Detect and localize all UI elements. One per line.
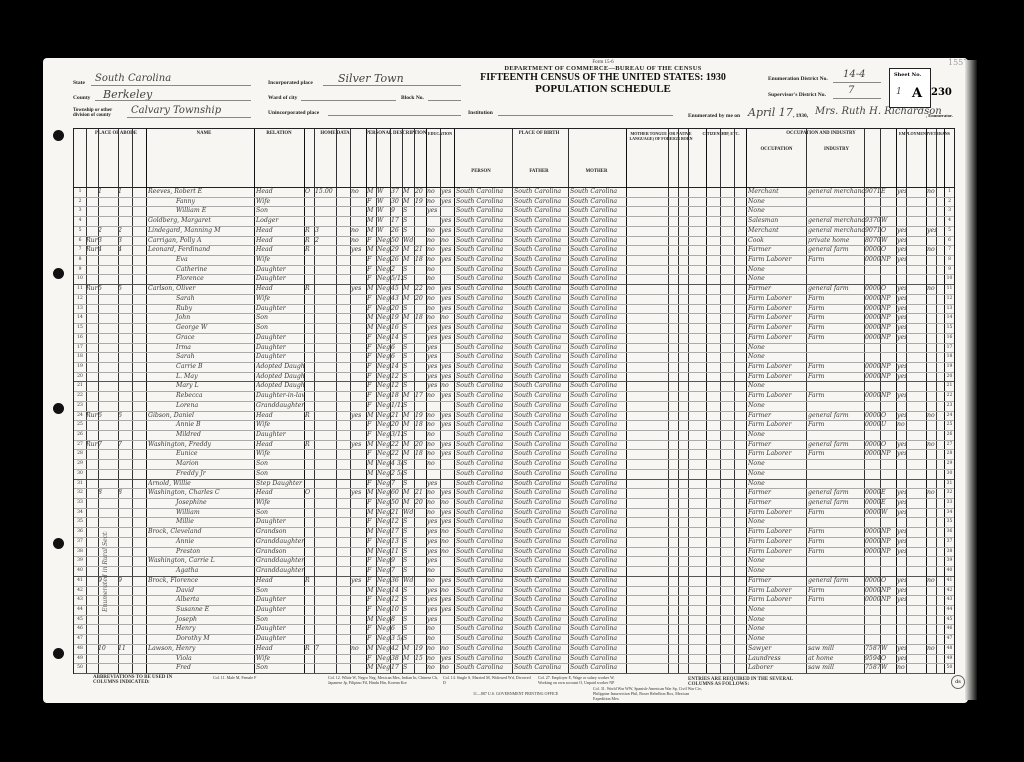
age-cell: 7 (391, 566, 402, 576)
abode-street-cell (86, 586, 98, 596)
sex-cell: F (367, 479, 376, 489)
age-at-marriage-cell: 18 (415, 420, 426, 430)
township-underline (127, 117, 251, 118)
home-value-cell (315, 449, 336, 459)
line-number-right-cell: 37 (945, 537, 954, 547)
birthplace-father-cell: South Carolina (514, 226, 568, 236)
age-cell: 2 (391, 265, 402, 275)
occupation-cell: Laborer (748, 663, 806, 673)
marital-status-cell: S (403, 595, 414, 605)
read-write-cell: yes (441, 595, 454, 605)
birthplace-father-cell: South Carolina (514, 362, 568, 372)
industry-code-cell: 0000 (865, 586, 880, 596)
at-work-cell: yes (897, 411, 906, 421)
state-value: South Carolina (95, 73, 171, 84)
sex-cell: F (367, 343, 376, 353)
home-value-cell (315, 206, 336, 216)
radio-set-cell (351, 654, 366, 664)
industry-cell: Farm (808, 391, 864, 401)
line-number-right-cell: 5 (945, 226, 954, 236)
line-number-right-cell: 49 (945, 654, 954, 664)
abode-street-cell (86, 576, 98, 586)
line-number-cell: 38 (74, 547, 86, 557)
family-number-cell (118, 197, 132, 207)
sex-cell: F (367, 595, 376, 605)
radio-set-cell (351, 216, 366, 226)
home-owned-cell (305, 624, 314, 634)
veteran-cell (927, 362, 936, 372)
home-owned-cell: R (305, 226, 314, 236)
industry-cell: Farm (808, 420, 864, 430)
age-cell: 26 (391, 255, 402, 265)
dwelling-number-cell: 6 (98, 411, 118, 421)
race-cell: Neg (377, 391, 390, 401)
family-number-cell (118, 459, 132, 469)
line-number-right-cell: 16 (945, 333, 954, 343)
school-cell: no (427, 566, 440, 576)
relation-cell: Wife (256, 449, 304, 459)
race-cell: Neg (377, 430, 390, 440)
sex-cell: F (367, 556, 376, 566)
line-number-cell: 10 (74, 274, 86, 284)
read-write-cell: yes (441, 362, 454, 372)
line-number-right-cell: 35 (945, 517, 954, 527)
race-cell: Neg (377, 547, 390, 557)
race-cell: Neg (377, 352, 390, 362)
veteran-cell (927, 206, 936, 216)
age-at-marriage-cell: 19 (415, 411, 426, 421)
line-number-right-cell: 32 (945, 488, 954, 498)
industry-code-cell (865, 479, 880, 489)
industry-code-cell (865, 274, 880, 284)
occupation-subhead: OCCUPATION (749, 147, 804, 152)
birthplace-mother-cell: South Carolina (570, 255, 626, 265)
line-number-cell: 50 (74, 663, 86, 673)
radio-set-cell (351, 294, 366, 304)
dwelling-number-cell (98, 313, 118, 323)
marital-status-cell: M (403, 411, 414, 421)
dwelling-number-cell (98, 663, 118, 673)
industry-cell (808, 430, 864, 440)
birthplace-father-cell: South Carolina (514, 187, 568, 197)
family-number-cell (118, 449, 132, 459)
birthplace-father-cell: South Carolina (514, 216, 568, 226)
school-cell: no (427, 304, 440, 314)
line-number-cell: 40 (74, 566, 86, 576)
home-value-cell (315, 498, 336, 508)
ward-underline (301, 100, 396, 101)
class-of-worker-cell: O (881, 226, 896, 236)
radio-set-cell (351, 401, 366, 411)
abode-street-cell (86, 352, 98, 362)
age-cell: 12 (391, 517, 402, 527)
occupation-cell: None (748, 401, 806, 411)
sex-cell: M (367, 615, 376, 625)
home-value-cell (315, 381, 336, 391)
sex-cell: F (367, 372, 376, 382)
birthplace-mother-cell: South Carolina (570, 537, 626, 547)
industry-code-cell: 0000 (865, 323, 880, 333)
home-owned-cell (305, 634, 314, 644)
school-cell: no (427, 576, 440, 586)
birthplace-person-cell: South Carolina (456, 586, 512, 596)
birthplace-father-cell: South Carolina (514, 595, 568, 605)
race-cell: Neg (377, 527, 390, 537)
age-at-marriage-cell: 21 (415, 245, 426, 255)
abode-street-cell (86, 595, 98, 605)
line-number-right-cell: 2 (945, 197, 954, 207)
person-name-cell: Brock, Florence (148, 576, 254, 586)
age-at-marriage-cell (415, 274, 426, 284)
home-owned-cell (305, 595, 314, 605)
home-owned-cell (305, 566, 314, 576)
sex-cell: M (367, 216, 376, 226)
sex-cell: M (367, 508, 376, 518)
marital-status-cell: S (403, 362, 414, 372)
at-work-cell: yes (897, 547, 906, 557)
relation-cell: Son (256, 313, 304, 323)
line-number-right-cell: 28 (945, 449, 954, 459)
sex-cell: F (367, 236, 376, 246)
home-value-cell (315, 352, 336, 362)
occupation-cell: Merchant (748, 226, 806, 236)
relation-cell: Head (256, 284, 304, 294)
sex-cell: F (367, 274, 376, 284)
home-owned-cell (305, 449, 314, 459)
dwelling-number-cell (98, 634, 118, 644)
home-value-cell (315, 372, 336, 382)
home-owned-cell (305, 197, 314, 207)
read-write-cell: no (441, 313, 454, 323)
line-number-cell: 48 (74, 644, 86, 654)
school-cell: yes (427, 517, 440, 527)
birthplace-father-cell: South Carolina (514, 352, 568, 362)
line-number-cell: 20 (74, 372, 86, 382)
abode-street-cell (86, 304, 98, 314)
person-name-cell: Arnold, Willie (148, 479, 254, 489)
industry-code-cell: 0000 (865, 440, 880, 450)
abode-street-cell (86, 488, 98, 498)
line-number-cell: 28 (74, 449, 86, 459)
dwelling-number-cell (98, 654, 118, 664)
at-work-cell (897, 274, 906, 284)
home-owned-cell (305, 313, 314, 323)
read-write-cell: yes (441, 284, 454, 294)
radio-set-cell (351, 333, 366, 343)
school-cell: no (427, 624, 440, 634)
at-work-cell (897, 197, 906, 207)
class-of-worker-cell: NP (881, 527, 896, 537)
birthplace-father-cell: South Carolina (514, 654, 568, 664)
birthplace-mother-cell: South Carolina (570, 284, 626, 294)
home-value-cell (315, 313, 336, 323)
abode-street-cell (86, 226, 98, 236)
radio-set-cell: yes (351, 411, 366, 421)
sheet-number: 1 (896, 87, 902, 97)
marital-status-cell: S (403, 401, 414, 411)
home-owned-cell (305, 615, 314, 625)
birth-father-head: FATHER (514, 169, 564, 174)
family-number-cell (118, 391, 132, 401)
at-work-cell (897, 430, 906, 440)
at-work-cell (897, 479, 906, 489)
read-write-cell (441, 401, 454, 411)
read-write-cell: yes (441, 197, 454, 207)
sex-cell: F (367, 197, 376, 207)
birthplace-person-cell: South Carolina (456, 576, 512, 586)
race-cell: Neg (377, 615, 390, 625)
class-of-worker-cell: W (881, 644, 896, 654)
veteran-cell (927, 381, 936, 391)
home-owned-cell (305, 469, 314, 479)
birthplace-mother-cell: South Carolina (570, 556, 626, 566)
age-at-marriage-cell: 20 (415, 440, 426, 450)
home-owned-cell (305, 265, 314, 275)
incorporated-label: Incorporated place (268, 80, 313, 86)
family-number-cell (118, 663, 132, 673)
birthplace-father-cell: South Carolina (514, 517, 568, 527)
enum-district-underline (833, 82, 881, 83)
industry-cell: general merchandise (808, 216, 864, 226)
industry-cell: private home (808, 236, 864, 246)
home-value-cell (315, 255, 336, 265)
marital-status-cell: S (403, 323, 414, 333)
school-cell: no (427, 265, 440, 275)
radio-set-cell: no (351, 236, 366, 246)
birthplace-person-cell: South Carolina (456, 284, 512, 294)
at-work-cell (897, 605, 906, 615)
relation-cell: Son (256, 508, 304, 518)
sex-cell: F (367, 420, 376, 430)
home-value-cell (315, 362, 336, 372)
line-number-right-cell: 1 (945, 187, 954, 197)
family-number-cell (118, 323, 132, 333)
class-of-worker-cell (881, 343, 896, 353)
at-work-cell: yes (897, 488, 906, 498)
age-cell: 6 (391, 624, 402, 634)
home-owned-cell: O (305, 488, 314, 498)
dwelling-number-cell (98, 498, 118, 508)
class-of-worker-cell: W (881, 236, 896, 246)
abbrev-marital: Col. 14. Single S, Married M, Widowed Wd… (443, 675, 533, 685)
at-work-cell: yes (897, 654, 906, 664)
abode-street-cell (86, 187, 98, 197)
at-work-cell: yes (897, 323, 906, 333)
age-at-marriage-cell (415, 663, 426, 673)
veteran-cell: no (927, 440, 936, 450)
dwelling-number-cell (98, 362, 118, 372)
industry-code-cell: 0000 (865, 294, 880, 304)
line-number-right-cell: 24 (945, 411, 954, 421)
home-value-cell (315, 615, 336, 625)
race-cell: Neg (377, 255, 390, 265)
read-write-cell: no (441, 527, 454, 537)
group-relation: RELATION (254, 131, 304, 136)
veteran-cell (927, 449, 936, 459)
occupation-cell: None (748, 624, 806, 634)
home-owned-cell (305, 517, 314, 527)
school-cell: no (427, 508, 440, 518)
read-write-cell (441, 430, 454, 440)
occupation-cell: Farm Laborer (748, 255, 806, 265)
age-at-marriage-cell (415, 226, 426, 236)
class-of-worker-cell (881, 469, 896, 479)
at-work-cell: yes (897, 313, 906, 323)
dwelling-number-cell (98, 449, 118, 459)
industry-code-cell: 9071 (865, 187, 880, 197)
group-name: NAME (154, 131, 254, 136)
age-at-marriage-cell (415, 576, 426, 586)
at-work-cell: yes (897, 644, 906, 654)
dwelling-number-cell: 8 (98, 488, 118, 498)
industry-cell (808, 605, 864, 615)
marital-status-cell: S (403, 479, 414, 489)
birthplace-mother-cell: South Carolina (570, 245, 626, 255)
abbrev-sex: Col. 11. Male M, Female F (213, 675, 323, 680)
occupation-cell: None (748, 197, 806, 207)
school-cell: no (427, 226, 440, 236)
group-mother-tongue: MOTHER TONGUE (OR NATIVE LANGUAGE) OF FO… (626, 131, 696, 141)
home-value-cell: 15.00 (315, 187, 336, 197)
relation-cell: Adopted Daughter (256, 362, 304, 372)
race-cell: Neg (377, 381, 390, 391)
sex-cell: M (367, 313, 376, 323)
radio-set-cell (351, 206, 366, 216)
age-at-marriage-cell (415, 362, 426, 372)
read-write-cell: yes (441, 488, 454, 498)
relation-cell: Daughter (256, 430, 304, 440)
home-owned-cell: R (305, 236, 314, 246)
sex-cell: M (367, 323, 376, 333)
sex-cell: F (367, 634, 376, 644)
family-number-cell (118, 547, 132, 557)
line-number-right-cell: 50 (945, 663, 954, 673)
veteran-cell (927, 216, 936, 226)
race-cell: Neg (377, 517, 390, 527)
person-name-cell: Lawson, Henry (148, 644, 254, 654)
occupation-cell: Merchant (748, 187, 806, 197)
veteran-cell: no (927, 488, 936, 498)
birthplace-person-cell: South Carolina (456, 430, 512, 440)
family-number-cell (118, 508, 132, 518)
home-value-cell (315, 605, 336, 615)
radio-set-cell (351, 449, 366, 459)
at-work-cell: yes (897, 187, 906, 197)
class-of-worker-cell (881, 459, 896, 469)
school-cell: no (427, 663, 440, 673)
industry-cell: Farm (808, 294, 864, 304)
class-of-worker-cell (881, 624, 896, 634)
line-number-right-cell: 41 (945, 576, 954, 586)
line-number-right-cell: 39 (945, 556, 954, 566)
radio-set-cell (351, 372, 366, 382)
industry-cell: Farm (808, 508, 864, 518)
radio-set-cell (351, 420, 366, 430)
occupation-cell: None (748, 274, 806, 284)
dwelling-number-cell (98, 333, 118, 343)
marital-status-cell: S (403, 517, 414, 527)
person-name-cell: Brock, Cleveland (148, 527, 254, 537)
race-cell: Neg (377, 362, 390, 372)
abode-street-cell: Rur (86, 236, 98, 246)
read-write-cell: yes (441, 411, 454, 421)
incorporated-value: Silver Town (338, 72, 404, 85)
school-cell: no (427, 449, 440, 459)
binder-hole-icon (53, 268, 64, 279)
block-label: Block No. (401, 95, 424, 101)
relation-cell: Daughter (256, 343, 304, 353)
industry-cell: Farm (808, 304, 864, 314)
birthplace-person-cell: South Carolina (456, 537, 512, 547)
marital-status-cell: S (403, 372, 414, 382)
birthplace-father-cell: South Carolina (514, 537, 568, 547)
birthplace-mother-cell: South Carolina (570, 381, 626, 391)
industry-code-cell: 0000 (865, 449, 880, 459)
race-cell: Neg (377, 313, 390, 323)
birthplace-father-cell: South Carolina (514, 556, 568, 566)
read-write-cell (441, 469, 454, 479)
family-number-cell (118, 527, 132, 537)
race-cell: Neg (377, 624, 390, 634)
school-cell: yes (427, 206, 440, 216)
birthplace-person-cell: South Carolina (456, 313, 512, 323)
veteran-cell (927, 547, 936, 557)
occupation-cell: Sawyer (748, 644, 806, 654)
race-cell: Neg (377, 586, 390, 596)
school-cell: no (427, 440, 440, 450)
class-of-worker-cell: NP (881, 586, 896, 596)
class-of-worker-cell: U (881, 420, 896, 430)
birthplace-father-cell: South Carolina (514, 274, 568, 284)
marital-status-cell: S (403, 226, 414, 236)
dwelling-number-cell (98, 216, 118, 226)
industry-code-cell (865, 352, 880, 362)
line-number-right-cell: 17 (945, 343, 954, 353)
occupation-cell: Laundress (748, 654, 806, 664)
abode-street-cell (86, 274, 98, 284)
marital-status-cell: M (403, 294, 414, 304)
line-number-right-cell: 45 (945, 615, 954, 625)
school-cell: yes (427, 595, 440, 605)
age-at-marriage-cell (415, 381, 426, 391)
marital-status-cell: S (403, 537, 414, 547)
age-cell: 20 (391, 304, 402, 314)
read-write-cell: no (441, 236, 454, 246)
birthplace-mother-cell: South Carolina (570, 274, 626, 284)
marital-status-cell: S (403, 634, 414, 644)
line-number-cell: 44 (74, 605, 86, 615)
home-value-cell (315, 654, 336, 664)
sex-cell: F (367, 449, 376, 459)
sex-cell: M (367, 663, 376, 673)
industry-code-cell (865, 459, 880, 469)
abode-street-cell (86, 216, 98, 226)
veteran-cell (927, 566, 936, 576)
binder-hole-icon (53, 648, 64, 659)
race-cell: Neg (377, 274, 390, 284)
at-work-cell (897, 624, 906, 634)
age-cell: 43 (391, 294, 402, 304)
dwelling-number-cell (98, 381, 118, 391)
radio-set-cell (351, 255, 366, 265)
line-number-right-cell: 19 (945, 362, 954, 372)
class-of-worker-cell: NP (881, 372, 896, 382)
line-number-right-cell: 48 (945, 644, 954, 654)
home-value-cell (315, 595, 336, 605)
age-at-marriage-cell (415, 304, 426, 314)
birthplace-mother-cell: South Carolina (570, 508, 626, 518)
family-number-cell (118, 624, 132, 634)
